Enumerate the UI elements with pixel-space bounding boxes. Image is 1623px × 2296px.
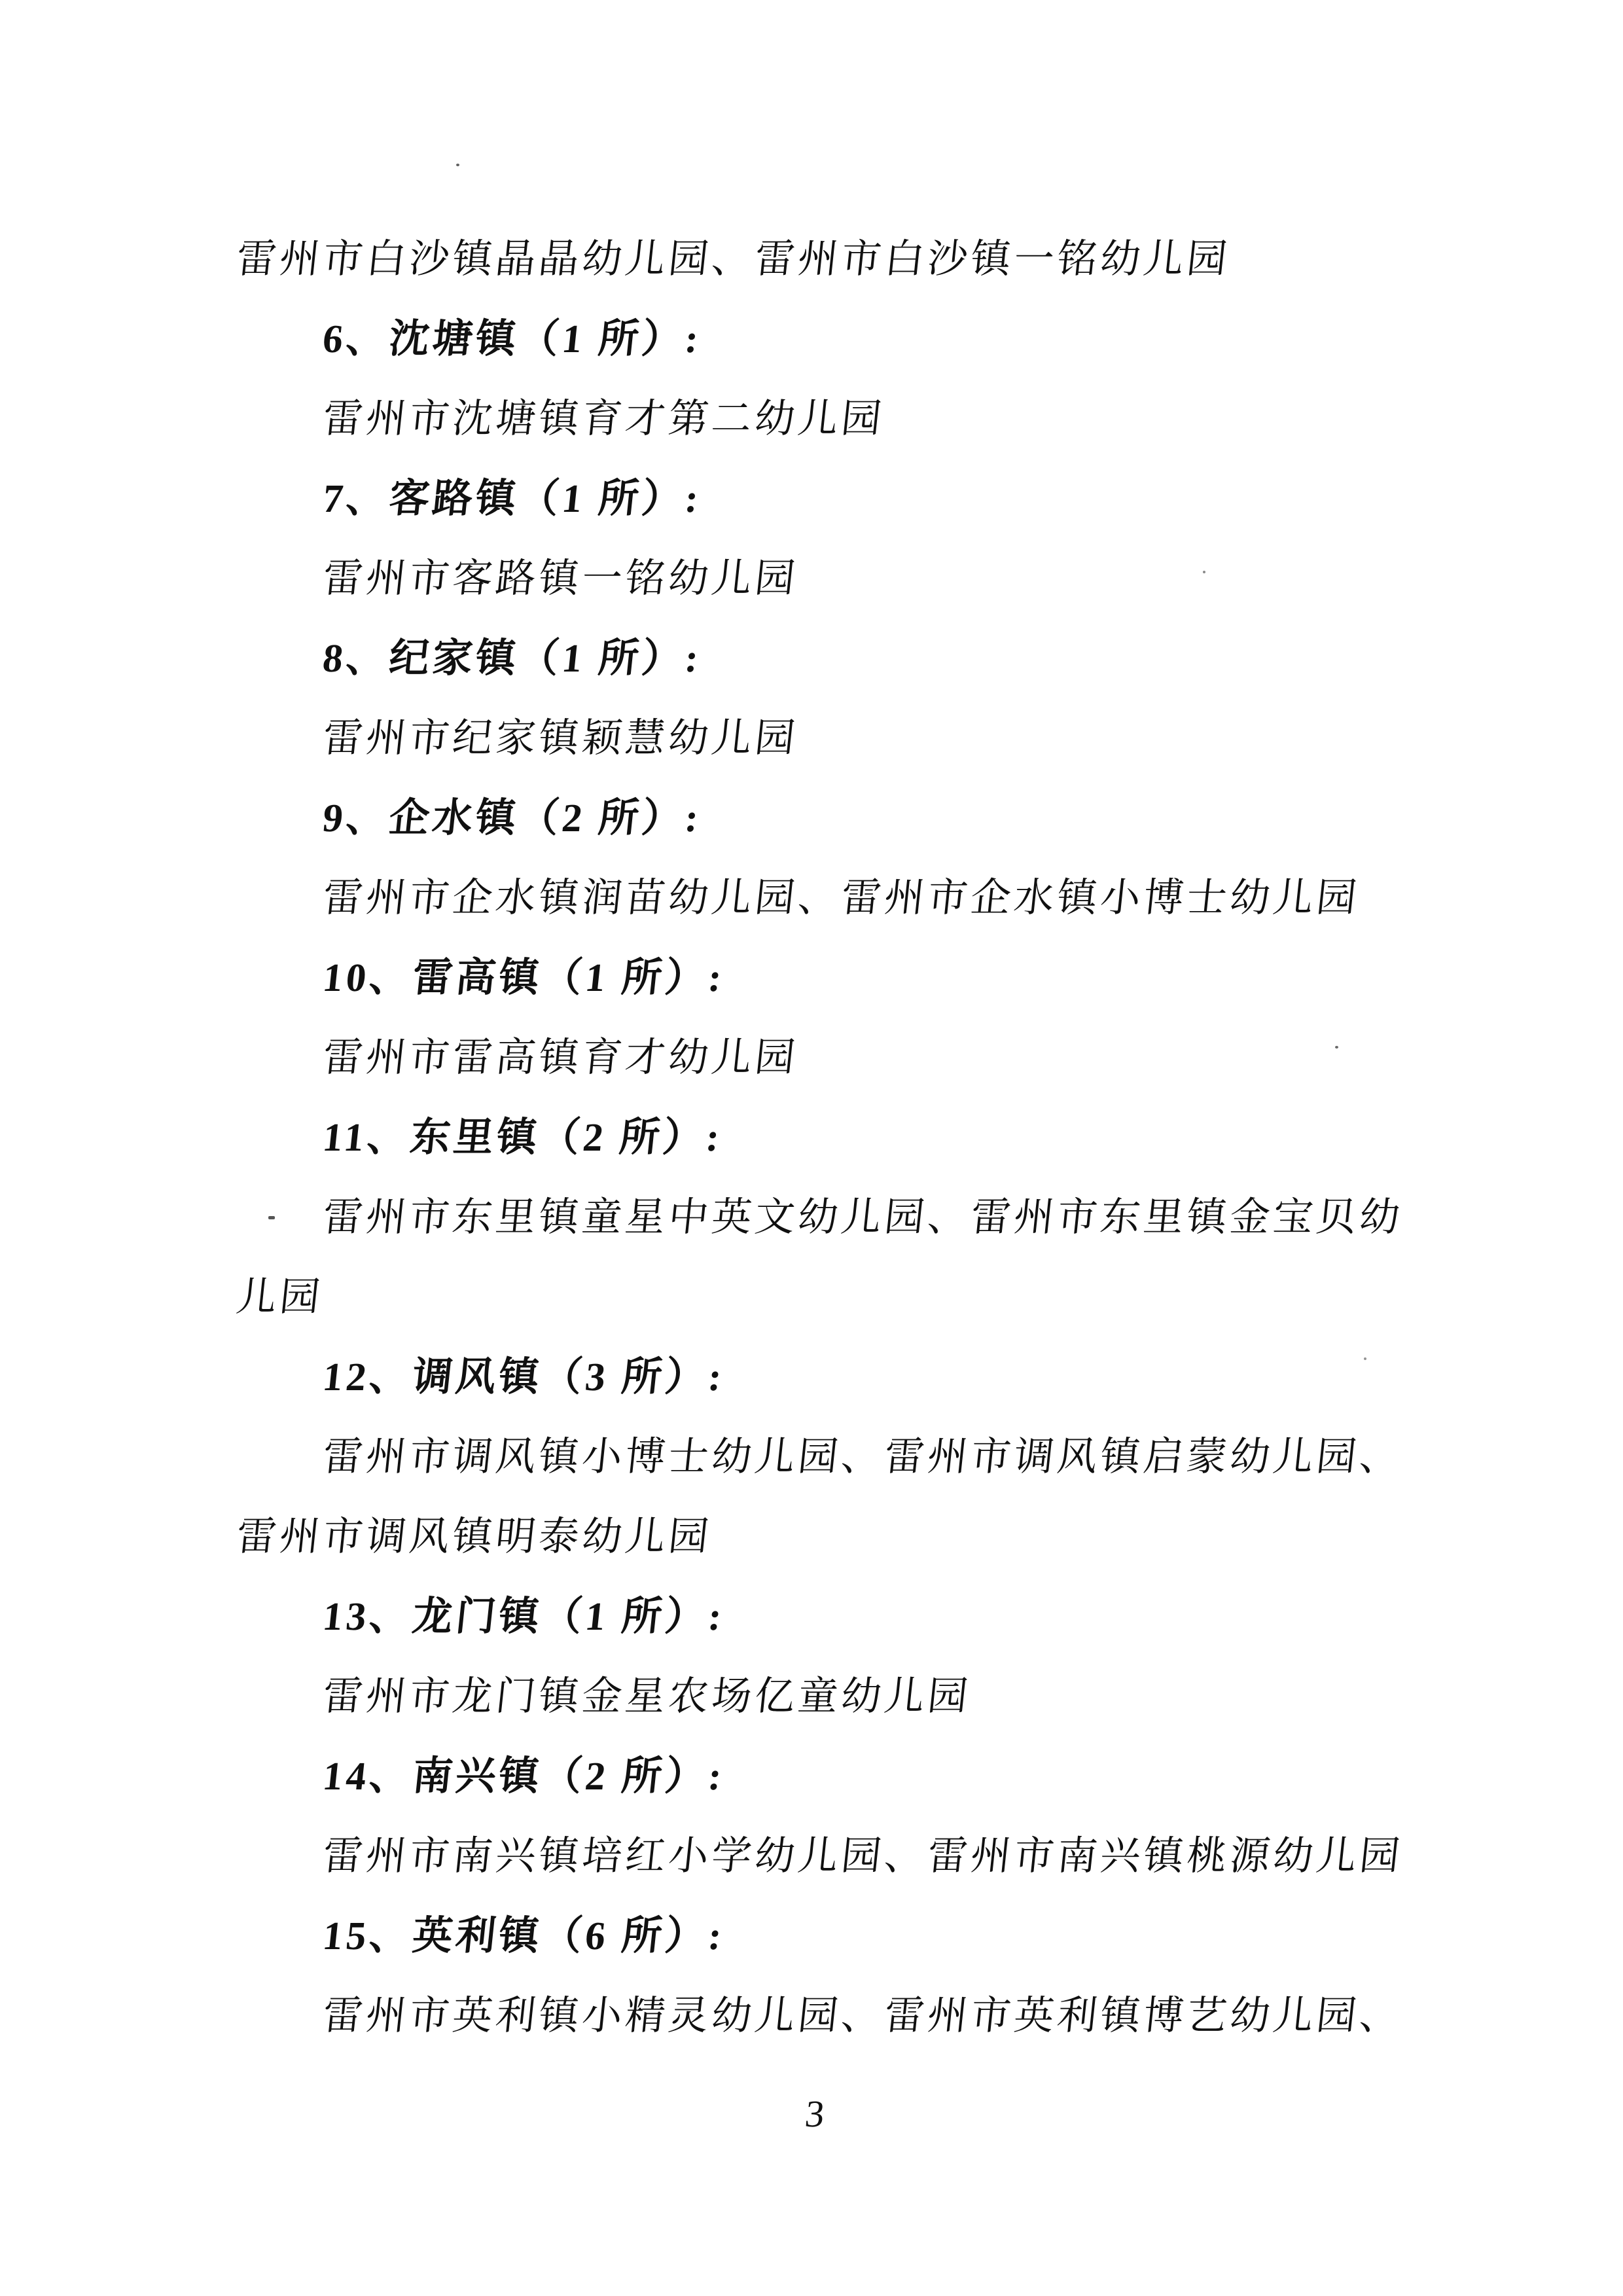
scanned-document-page: { "colors": { "background": "#ffffff", "… [0, 0, 1623, 2296]
scan-speck [1203, 571, 1205, 573]
scan-speck [1364, 1357, 1366, 1360]
document-body: 雷州市白沙镇晶晶幼儿园、雷州市白沙镇一铭幼儿园6、沈塘镇（1 所）:雷州市沈塘镇… [232, 220, 1397, 2056]
body-text-line: 雷州市沈塘镇育才第二幼儿园 [232, 380, 1406, 459]
body-text-line: 雷州市白沙镇晶晶幼儿园、雷州市白沙镇一铭幼儿园 [232, 220, 1406, 300]
section-heading: 13、龙门镇（1 所）: [232, 1577, 1406, 1657]
body-text-line: 雷州市企水镇润苗幼儿园、雷州市企水镇小博士幼儿园 [232, 859, 1406, 939]
section-heading: 10、雷高镇（1 所）: [232, 939, 1406, 1018]
scan-speck [456, 164, 459, 166]
scan-speck [268, 1216, 275, 1219]
section-heading: 15、英利镇（6 所）: [232, 1897, 1406, 1977]
page-number: 3 [229, 2081, 1401, 2147]
body-text-line: 雷州市客路镇一铭幼儿园 [232, 539, 1406, 619]
section-heading: 14、南兴镇（2 所）: [232, 1737, 1406, 1817]
section-heading: 8、纪家镇（1 所）: [232, 619, 1406, 699]
body-text-line: 雷州市龙门镇金星农场亿童幼儿园 [232, 1657, 1406, 1737]
section-heading: 11、东里镇（2 所）: [232, 1098, 1406, 1178]
section-heading: 6、沈塘镇（1 所）: [232, 300, 1406, 380]
section-heading: 9、企水镇（2 所）: [232, 779, 1406, 859]
scan-speck [1335, 1046, 1338, 1049]
body-text-line: 雷州市纪家镇颖慧幼儿园 [232, 699, 1406, 779]
body-text-line: 雷州市东里镇童星中英文幼儿园、雷州市东里镇金宝贝幼 [232, 1178, 1406, 1258]
body-text-line: 雷州市调风镇小博士幼儿园、雷州市调风镇启蒙幼儿园、 [232, 1418, 1406, 1498]
body-text-line: 雷州市英利镇小精灵幼儿园、雷州市英利镇博艺幼儿园、 [232, 1977, 1406, 2056]
body-text-line: 雷州市调风镇明泰幼儿园 [232, 1498, 1406, 1577]
body-text-line: 雷州市雷高镇育才幼儿园 [232, 1018, 1406, 1098]
section-heading: 7、客路镇（1 所）: [232, 459, 1406, 539]
section-heading: 12、调风镇（3 所）: [232, 1338, 1406, 1418]
body-text-line: 儿园 [232, 1258, 1406, 1338]
body-text-line: 雷州市南兴镇培红小学幼儿园、雷州市南兴镇桃源幼儿园 [232, 1817, 1406, 1897]
